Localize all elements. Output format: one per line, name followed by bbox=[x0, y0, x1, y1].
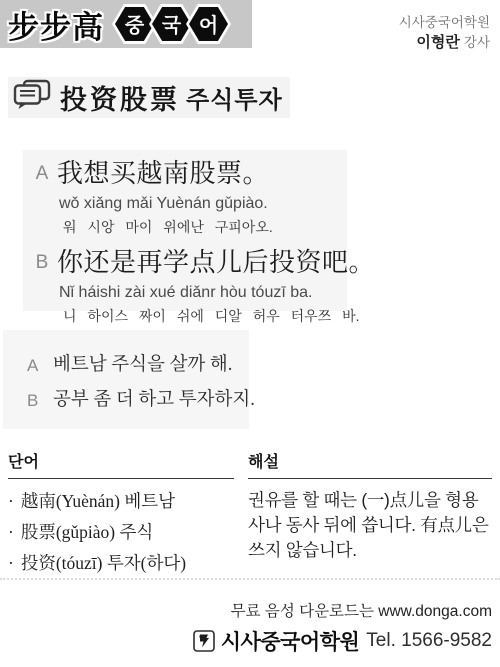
footer-phone: Tel. 1566-9582 bbox=[366, 630, 492, 652]
lesson-title-korean: 주식투자 bbox=[186, 80, 283, 115]
speaker-label: A bbox=[27, 348, 53, 383]
dialogue-box: A 我想买越南股票。 wǒ xiǎng mǎi Yuènán gǔpiào. 워… bbox=[23, 150, 347, 311]
dialogue-pronunciation: 워 시앙 마이 위에난 구피아오. bbox=[63, 215, 347, 239]
speech-bubble-icon bbox=[13, 79, 51, 116]
vocab-heading: 단어 bbox=[8, 449, 234, 479]
footer-download-info: 무료 음성 다운로드는 www.donga.com bbox=[231, 599, 492, 621]
speaker-label: B bbox=[27, 383, 53, 418]
instructor-role: 강사 bbox=[464, 35, 490, 50]
speaker-label: A bbox=[27, 157, 57, 191]
lesson-title-chinese: 投资股票 bbox=[60, 78, 180, 117]
vocab-list: ·越南(Yuènán) 베트남 ·股票(gǔpiào) 주식 ·投资(tóuzī… bbox=[8, 486, 234, 579]
bullet: · bbox=[8, 491, 14, 511]
dialogue-line-b: B 你还是再学点儿后投资吧。 Nǐ háishi zài xué diǎnr h… bbox=[27, 246, 347, 328]
academy-name: 시사중국어학원 bbox=[399, 13, 490, 33]
academy-logo-icon bbox=[193, 630, 215, 652]
vocab-item-text: 越南(Yuènán) 베트남 bbox=[21, 491, 175, 511]
vocab-column: 단어 ·越南(Yuènán) 베트남 ·股票(gǔpiào) 주식 ·投资(tó… bbox=[8, 449, 234, 579]
credit-block: 시사중국어학원 이형란강사 bbox=[399, 13, 490, 53]
badge-char-1: 중 bbox=[115, 7, 154, 41]
badge-char-2: 국 bbox=[152, 7, 191, 41]
instructor-name: 이형란 bbox=[416, 34, 459, 51]
translation-text: 베트남 주식을 살까 해. bbox=[53, 348, 232, 383]
badge-char-3: 어 bbox=[189, 7, 228, 41]
translation-box: A 베트남 주식을 살까 해. B 공부 좀 더 하고 투자하지. bbox=[3, 330, 249, 429]
instructor-line: 이형란강사 bbox=[399, 33, 490, 53]
notes-text: 권유를 할 때는 (一)点儿을 형용사나 동사 뒤에 씁니다. 有点儿은 쓰지 … bbox=[248, 488, 492, 563]
bullet: · bbox=[8, 522, 14, 542]
bullet: · bbox=[8, 553, 14, 573]
lesson-title-strip: 投资股票 주식투자 bbox=[8, 77, 290, 118]
translation-line-a: A 베트남 주식을 살까 해. bbox=[27, 348, 249, 383]
vocab-item: ·越南(Yuènán) 베트남 bbox=[8, 486, 234, 517]
masthead-banner: 步步高 중 국 어 bbox=[0, 0, 252, 48]
vocab-item-text: 投资(tóuzī) 투자(하다) bbox=[21, 553, 186, 573]
speaker-label: B bbox=[27, 246, 57, 280]
dialogue-pinyin: wǒ xiǎng mǎi Yuènán gǔpiào. bbox=[59, 192, 347, 215]
translation-line-b: B 공부 좀 더 하고 투자하지. bbox=[27, 383, 249, 418]
dialogue-pronunciation: 니 하이스 짜이 쉬에 디알 허우 터우쯔 바. bbox=[63, 304, 347, 328]
newspaper-clipping: 步步高 중 국 어 시사중국어학원 이형란강사 投资股票 주식투자 bbox=[0, 0, 500, 667]
footer-academy-name: 시사중국어학원 bbox=[221, 626, 360, 656]
translation-text: 공부 좀 더 하고 투자하지. bbox=[53, 383, 255, 418]
dialogue-hanzi: 你还是再学点儿后投资吧。 bbox=[57, 246, 375, 280]
vocab-item: ·投资(tóuzī) 투자(하다) bbox=[8, 548, 234, 579]
notes-heading: 해설 bbox=[248, 449, 492, 479]
footer-divider bbox=[0, 578, 500, 580]
hexagon-badge: 어 bbox=[186, 4, 231, 44]
vocab-item-text: 股票(gǔpiào) 주식 bbox=[21, 522, 153, 542]
dialogue-pinyin: Nǐ háishi zài xué diǎnr hòu tóuzī ba. bbox=[59, 281, 347, 304]
dialogue-line-a: A 我想买越南股票。 wǒ xiǎng mǎi Yuènán gǔpiào. 워… bbox=[27, 157, 347, 239]
brand-title-chinese: 步步高 bbox=[8, 2, 104, 47]
reference-columns: 단어 ·越南(Yuènán) 베트남 ·股票(gǔpiào) 주식 ·投资(tó… bbox=[8, 449, 492, 579]
brand-badges: 중 국 어 bbox=[112, 4, 231, 44]
dialogue-hanzi: 我想买越南股票。 bbox=[57, 157, 269, 191]
vocab-item: ·股票(gǔpiào) 주식 bbox=[8, 517, 234, 548]
footer-academy-line: 시사중국어학원 Tel. 1566-9582 bbox=[193, 626, 492, 656]
notes-column: 해설 권유를 할 때는 (一)点儿을 형용사나 동사 뒤에 씁니다. 有点儿은 … bbox=[248, 449, 492, 579]
